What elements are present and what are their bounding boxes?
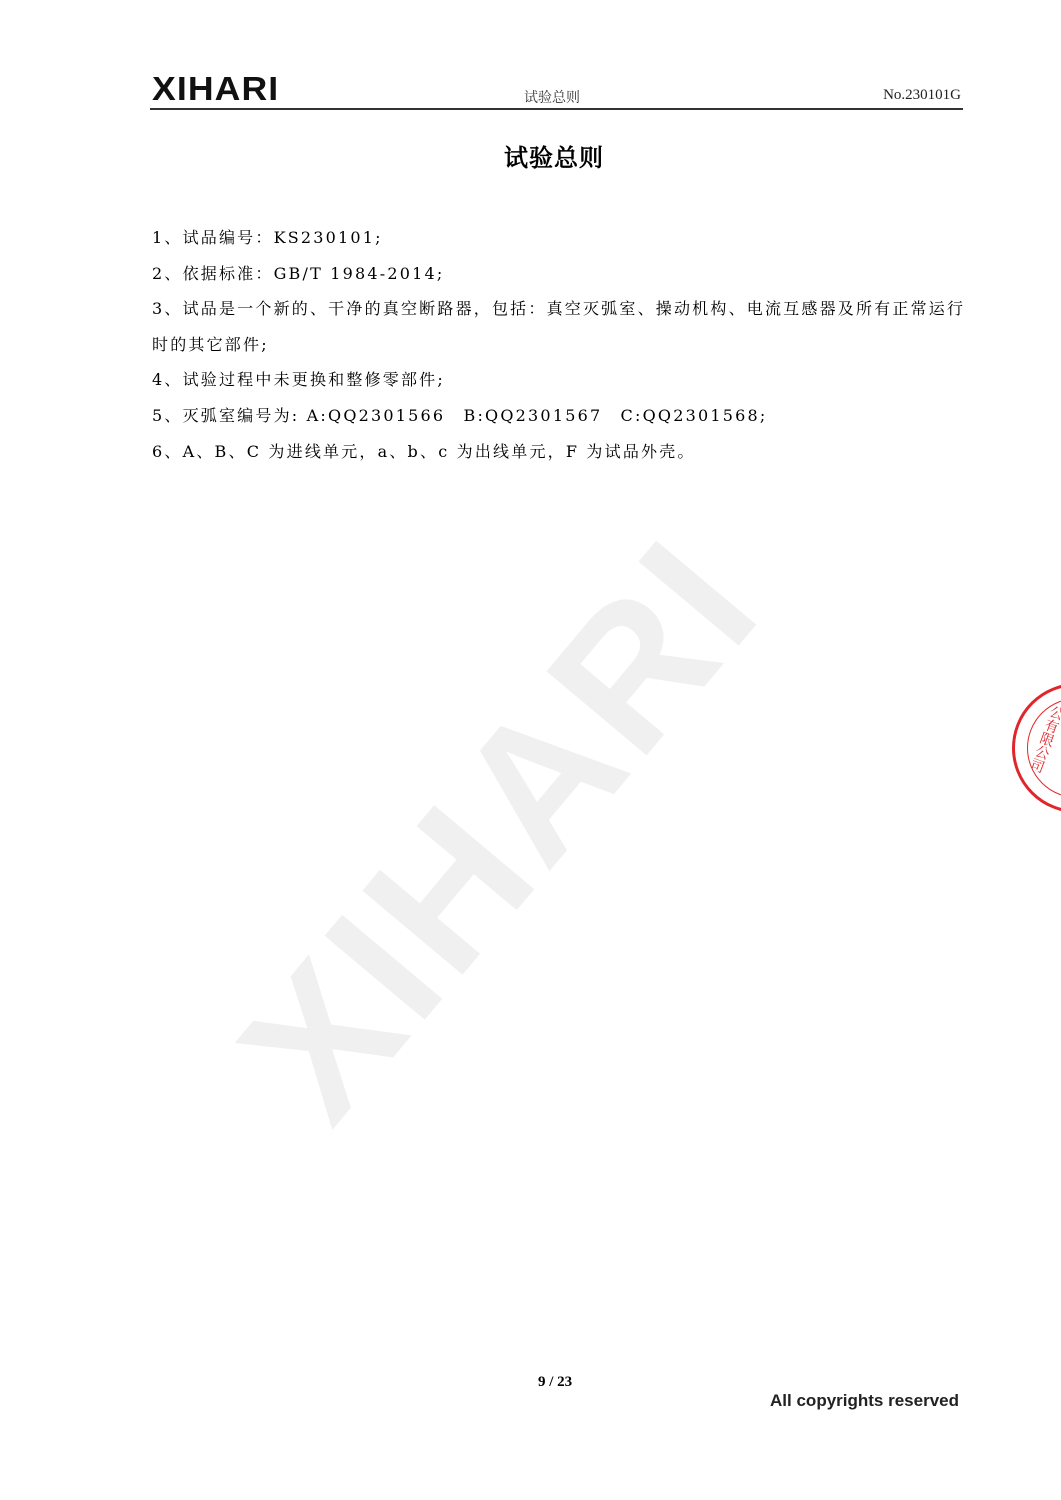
page-number: 9 / 23 [538, 1374, 572, 1391]
list-item: 4、试验过程中未更换和整修零部件; [152, 362, 967, 398]
list-item: 2、依据标准：GB/T 1984-2014; [152, 256, 967, 292]
document-number: No.230101G [883, 87, 961, 104]
copyright-notice: All copyrights reserved [770, 1391, 959, 1411]
company-logo: XIHARI [152, 72, 279, 106]
header-section-title: 试验总则 [524, 87, 580, 107]
page-header: XIHARI 试验总则 No.230101G [150, 70, 963, 110]
list-item: 3、试品是一个新的、干净的真空断路器，包括：真空灭弧室、操动机构、电流互感器及所… [152, 291, 967, 362]
page-title: 试验总则 [0, 138, 1061, 173]
list-item: 1、试品编号：KS230101; [152, 220, 967, 256]
list-item: 6、A、B、C 为进线单元，a、b、c 为出线单元，F 为试品外壳。 [152, 434, 967, 470]
watermark: XIHARI [198, 498, 802, 1159]
general-rules-list: 1、试品编号：KS230101; 2、依据标准：GB/T 1984-2014; … [152, 220, 967, 469]
list-item: 5、灭弧室编号为: A:QQ2301566 B:QQ2301567 C:QQ23… [152, 398, 967, 434]
